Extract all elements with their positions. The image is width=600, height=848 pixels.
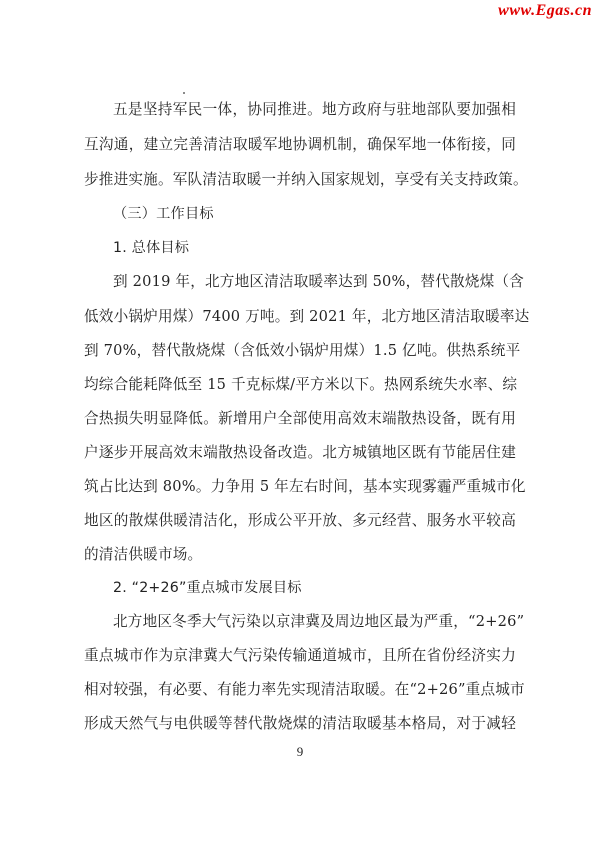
section-heading: 1. 总体目标 [84,236,516,260]
paragraph-line: 步推进实施。军队清洁取暖一并纳入国家规划，享受有关支持政策。 [84,168,516,192]
paragraph-line: 均综合能耗降低至 15 千克标煤/平方米以下。热网系统失水率、综 [84,373,516,397]
paragraph-line: 的清洁供暖市场。 [84,543,516,567]
paragraph-line: 形成天然气与电供暖等替代散烧煤的清洁取暖基本格局，对于减轻 [84,712,516,736]
section-heading: 2. “2+26”重点城市发展目标 [84,576,516,600]
paragraph-line: 北方地区冬季大气污染以京津冀及周边地区最为严重，“2+26” [84,610,516,634]
paragraph-line: 低效小锅炉用煤）7400 万吨。到 2021 年，北方地区清洁取暖率达 [84,305,516,329]
watermark: www.Egas.cn [498,2,592,20]
paragraph-line: 户逐步开展高效末端散热设备改造。北方城镇地区既有节能居住建 [84,441,516,465]
paragraph-line: 重点城市作为京津冀大气污染传输通道城市，且所在省份经济实力 [84,644,516,668]
paragraph-line: 合热损失明显降低。新增用户全部使用高效末端散热设备，既有用 [84,407,516,431]
paragraph-line: 到 70%，替代散烧煤（含低效小锅炉用煤）1.5 亿吨。供热系统平 [84,339,516,363]
page-number: 9 [0,744,600,760]
section-heading: （三）工作目标 [84,202,516,226]
paragraph-line: 互沟通，建立完善清洁取暖军地协调机制，确保军地一体衔接，同 [84,133,516,157]
paragraph-line: 五是坚持军民一体，协同推进。地方政府与驻地部队要加强相 [84,98,516,122]
paragraph-line: 相对较强，有必要、有能力率先实现清洁取暖。在“2+26”重点城市 [84,678,516,702]
paragraph-line: 筑占比达到 80%。力争用 5 年左右时间，基本实现雾霾严重城市化 [84,475,516,499]
paragraph-line: 地区的散煤供暖清洁化，形成公平开放、多元经营、服务水平较高 [84,509,516,533]
paragraph-line: 到 2019 年，北方地区清洁取暖率达到 50%，替代散烧煤（含 [84,270,516,294]
scan-speck [183,92,185,94]
